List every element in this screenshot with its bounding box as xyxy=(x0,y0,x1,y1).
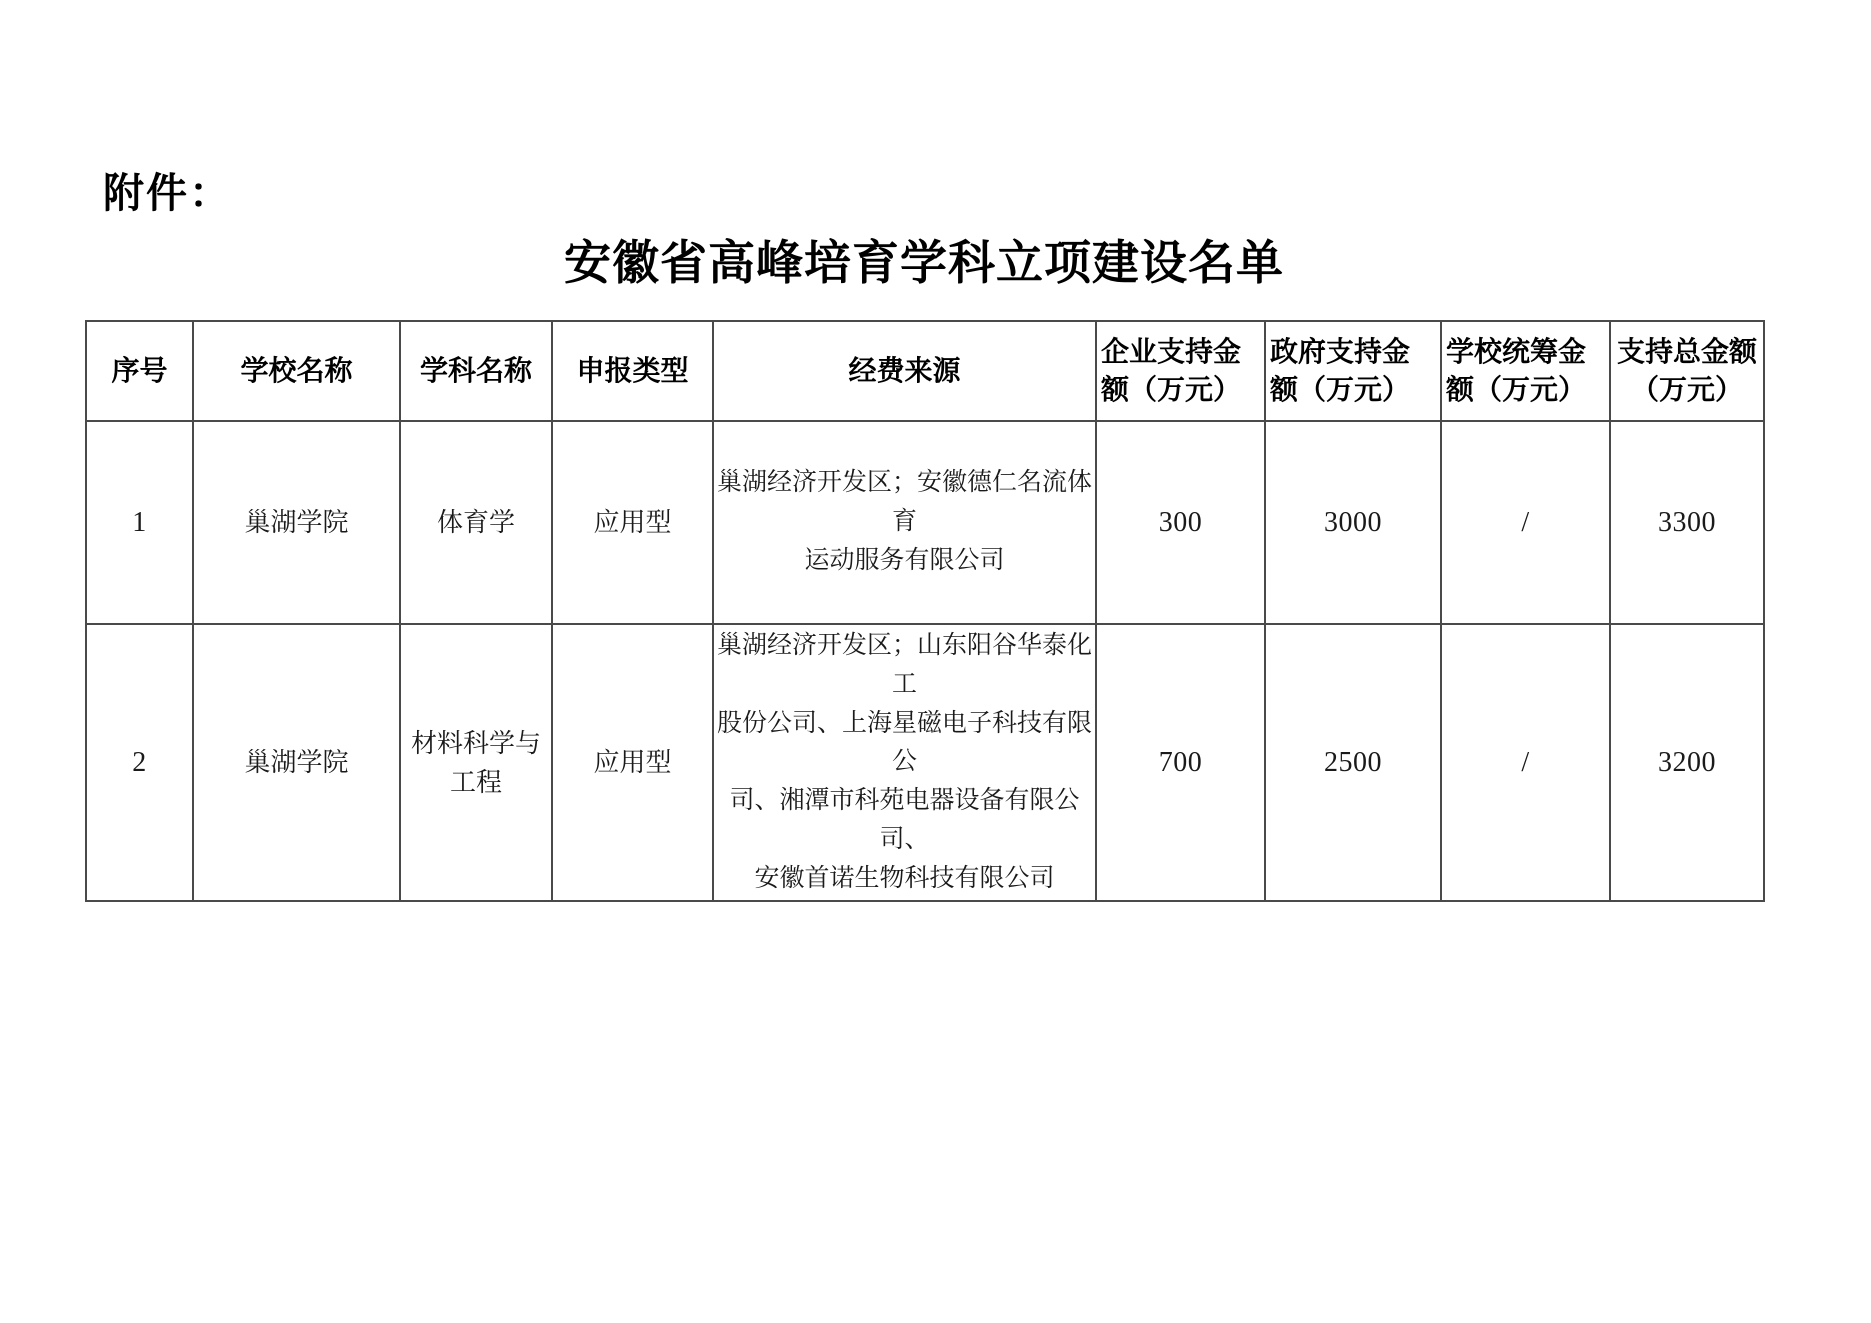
table-cell-school-name: 巢湖学院 xyxy=(193,624,400,901)
header-cell-school-coordinated-amount: 学校统筹金 额（万元） xyxy=(1441,321,1610,421)
table-cell-index: 2 xyxy=(86,624,193,901)
header-cell-index: 序号 xyxy=(86,321,193,421)
table-cell-government-support-amount: 2500 xyxy=(1265,624,1441,901)
table-cell-total-support-amount: 3200 xyxy=(1610,624,1764,901)
attachment-label: 附件： xyxy=(103,160,232,219)
projects-table: 序号 学校名称 学科名称 申报类型 经费来源 企业支持金 额（万元） 政府支持金… xyxy=(85,320,1765,902)
table-cell-total-support-amount: 3300 xyxy=(1610,421,1764,624)
header-cell-discipline-name: 学科名称 xyxy=(400,321,552,421)
table-cell-school-coordinated-amount: / xyxy=(1441,624,1610,901)
table-cell-funding-source: 巢湖经济开发区；山东阳谷华泰化工 股份公司、上海星磁电子科技有限公 司、湘潭市科… xyxy=(713,624,1096,901)
header-cell-government-support-amount: 政府支持金 额（万元） xyxy=(1265,321,1441,421)
table-cell-application-type: 应用型 xyxy=(552,421,713,624)
header-cell-enterprise-support-amount: 企业支持金 额（万元） xyxy=(1096,321,1265,421)
table-row: 2 巢湖学院 材料科学与 工程 应用型 巢湖经济开发区；山东阳谷华泰化工 股份公… xyxy=(86,624,1764,901)
header-cell-school-name: 学校名称 xyxy=(193,321,400,421)
header-cell-application-type: 申报类型 xyxy=(552,321,713,421)
table-cell-school-coordinated-amount: / xyxy=(1441,421,1610,624)
header-cell-total-support-amount: 支持总金额 （万元） xyxy=(1610,321,1764,421)
table-cell-government-support-amount: 3000 xyxy=(1265,421,1441,624)
table-cell-index: 1 xyxy=(86,421,193,624)
header-cell-funding-source: 经费来源 xyxy=(713,321,1096,421)
table-header-row: 序号 学校名称 学科名称 申报类型 经费来源 企业支持金 额（万元） 政府支持金… xyxy=(86,321,1764,421)
table-cell-discipline-name: 体育学 xyxy=(400,421,552,624)
table-cell-discipline-name: 材料科学与 工程 xyxy=(400,624,552,901)
page-title: 安徽省高峰培育学科立项建设名单 xyxy=(85,226,1763,293)
table-cell-enterprise-support-amount: 700 xyxy=(1096,624,1265,901)
document-page: 附件： 安徽省高峰培育学科立项建设名单 序号 学校名称 学科名称 申报类型 经费… xyxy=(0,0,1871,1323)
table-cell-enterprise-support-amount: 300 xyxy=(1096,421,1265,624)
table-cell-application-type: 应用型 xyxy=(552,624,713,901)
table-row: 1 巢湖学院 体育学 应用型 巢湖经济开发区；安徽德仁名流体育 运动服务有限公司… xyxy=(86,421,1764,624)
table-cell-school-name: 巢湖学院 xyxy=(193,421,400,624)
table-cell-funding-source: 巢湖经济开发区；安徽德仁名流体育 运动服务有限公司 xyxy=(713,421,1096,624)
